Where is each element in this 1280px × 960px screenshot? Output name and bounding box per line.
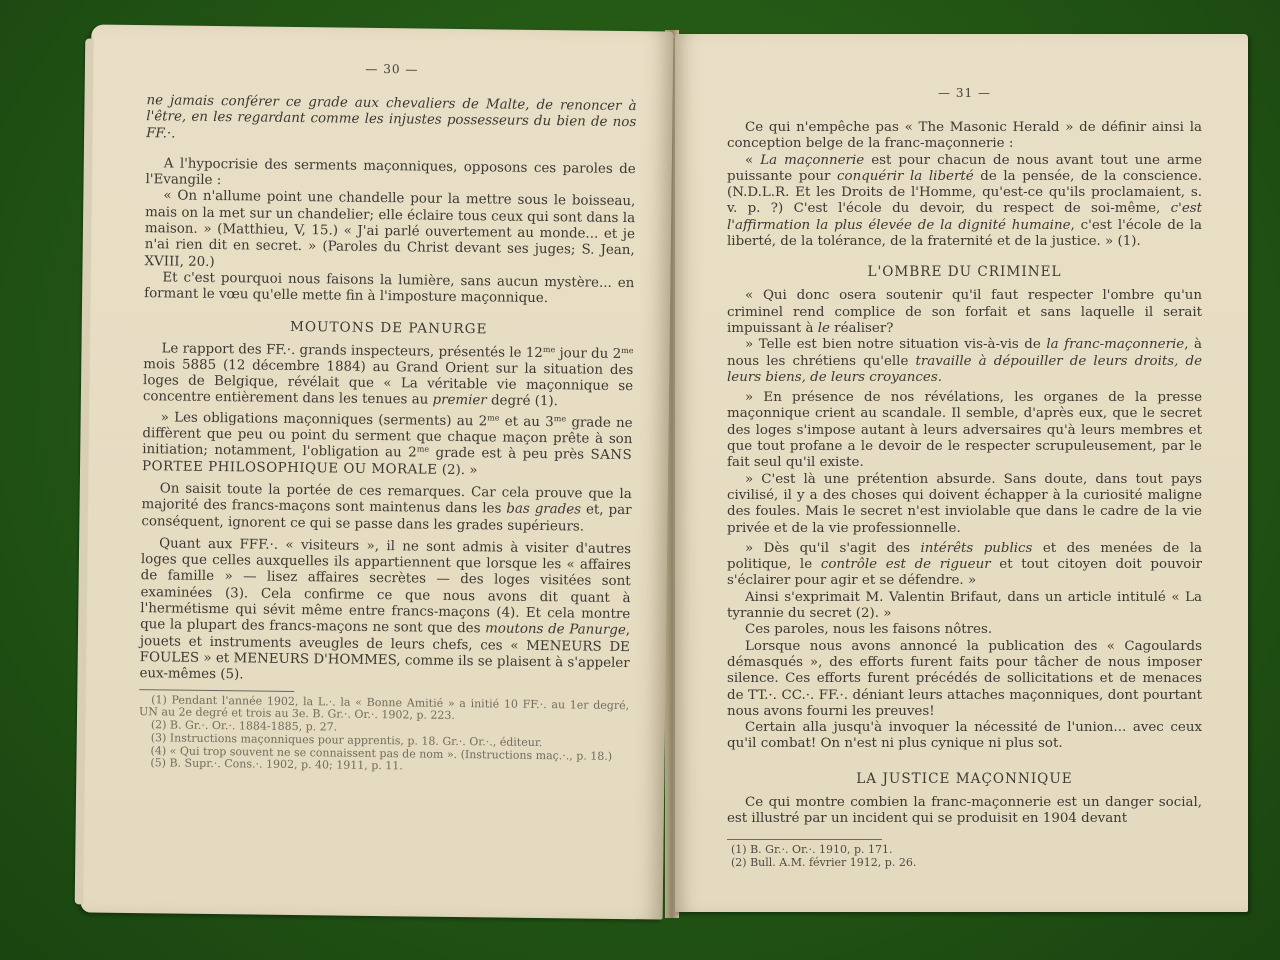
paragraph: Quant aux FFF.·. « visiteurs », il ne so… [139, 536, 631, 689]
paragraph: Lorsque nous avons annoncé la publicatio… [727, 639, 1202, 720]
quotation: « Qui donc osera soutenir qu'il faut res… [727, 288, 1202, 337]
section-heading: MOUTONS DE PANURGE [144, 317, 634, 339]
left-page: — 30 — ne jamais conférer ce grade aux c… [81, 24, 674, 919]
paragraph: Ce qui montre combien la franc-maçonneri… [727, 795, 1202, 828]
paragraph: Ce qui n'empêche pas « The Masonic Heral… [727, 120, 1202, 153]
footnotes: (1) Pendant l'année 1902, la L.·. la « B… [138, 694, 629, 777]
paragraph: Ces paroles, nous les faisons nôtres. [727, 622, 1202, 638]
quotation: » Telle est bien notre situation vis-à-v… [727, 337, 1202, 386]
paragraph: Le rapport des FF.·. grands inspecteurs,… [143, 341, 634, 412]
footnote-divider [727, 839, 882, 840]
quotation: » Dès qu'il s'agit des intérêts publics … [727, 541, 1202, 590]
page-number: — 30 — [147, 59, 637, 79]
quotation: » C'est là une prétention absurde. Sans … [727, 472, 1202, 537]
paragraph: On saisit toute la portée de ces remarqu… [141, 481, 632, 536]
paragraph: » Les obligations maçonniques (serments)… [142, 410, 633, 481]
page-number: — 31 — [727, 86, 1202, 100]
right-page: — 31 — Ce qui n'empêche pas « The Masoni… [675, 34, 1248, 912]
section-heading: LA JUSTICE MAÇONNIQUE [727, 771, 1202, 787]
paragraph: Certain alla jusqu'à invoquer la nécessi… [727, 720, 1202, 753]
paragraph: ne jamais conférer ce grade aux chevalie… [146, 93, 637, 148]
quotation: « On n'allume point une chandelle pour l… [144, 189, 635, 276]
paragraph: Ainsi s'exprimait M. Valentin Brifaut, d… [727, 590, 1202, 623]
quotation: » En présence de nos révélations, les or… [727, 390, 1202, 471]
section-heading: L'OMBRE DU CRIMINEL [727, 264, 1202, 280]
quotation: « La maçonnerie est pour chacun de nous … [727, 153, 1202, 251]
footnotes: (1) B. Gr.·. Or.·. 1910, p. 171. (2) Bul… [727, 844, 1202, 870]
paragraph: Et c'est pourquoi nous faisons la lumièr… [144, 270, 634, 309]
footnote: (2) Bull. A.M. février 1912, p. 26. [727, 857, 1202, 870]
footnote-divider [139, 689, 294, 692]
